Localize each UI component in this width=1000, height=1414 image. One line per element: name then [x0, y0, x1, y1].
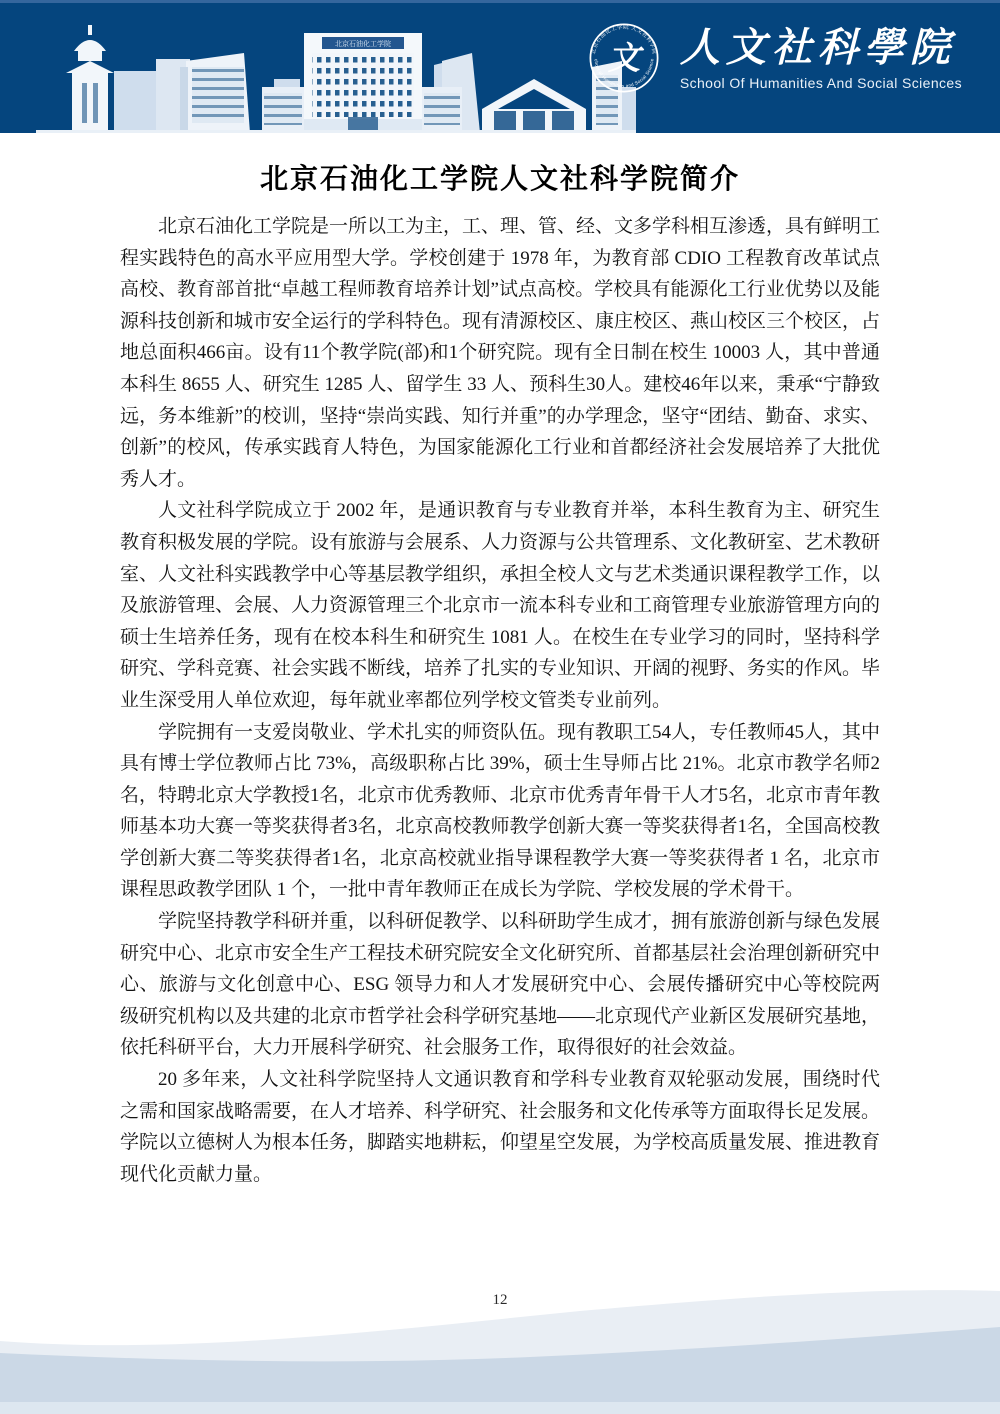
document-page: 北京石油化工学院 [0, 0, 1000, 1414]
intro-paragraph-1: 北京石油化工学院是一所以工为主，工、理、管、经、文多学科相互渗透，具有鲜明工程实… [120, 211, 880, 495]
intro-paragraph-4: 学院坚持教学科研并重，以科研促教学、以科研助学生成才，拥有旅游创新与绿色发展研究… [120, 906, 880, 1064]
midrise-building [180, 53, 250, 133]
intro-paragraph-5: 20 多年来，人文社科学院坚持人文通识教育和学科专业教育双轮驱动发展，围绕时代之… [120, 1064, 880, 1190]
brand-text-block: 人文社科學院 School Of Humanities And Social S… [680, 26, 962, 91]
footer-wave-decoration [0, 1279, 1000, 1414]
header-banner: 北京石油化工学院 [0, 0, 1000, 133]
pagoda-building [66, 25, 114, 133]
page-title: 北京石油化工学院人文社科学院简介 [120, 157, 880, 197]
brand-subtitle-en: School Of Humanities And Social Sciences [680, 75, 962, 91]
intro-paragraph-2: 人文社科学院成立于 2002 年，是通识教育与专业教育并举，本科生教育为主、研究… [120, 495, 880, 716]
school-brand: 北京石油化工学院 人文社科学院 School of Humanities and… [582, 16, 962, 100]
intro-paragraph-3: 学院拥有一支爱岗敬业、学术扎实的师资队伍。现有教职工54人，专任教师45人，其中… [120, 717, 880, 907]
brand-title-zh: 人文社科學院 [680, 26, 956, 70]
school-logo-icon: 北京石油化工学院 人文社科学院 School of Humanities and… [582, 16, 666, 100]
campus-skyline-illustration: 北京石油化工学院 [36, 21, 636, 133]
logo-seal-glyph: 文 [608, 40, 645, 76]
document-body: 北京石油化工学院人文社科学院简介 北京石油化工学院是一所以工为主，工、理、管、经… [120, 133, 880, 1190]
banner-top-stripe [0, 0, 1000, 3]
main-building-sign-text: 北京石油化工学院 [335, 39, 391, 48]
footer-bottom-strip [0, 1402, 1000, 1414]
gate-building [482, 79, 586, 133]
